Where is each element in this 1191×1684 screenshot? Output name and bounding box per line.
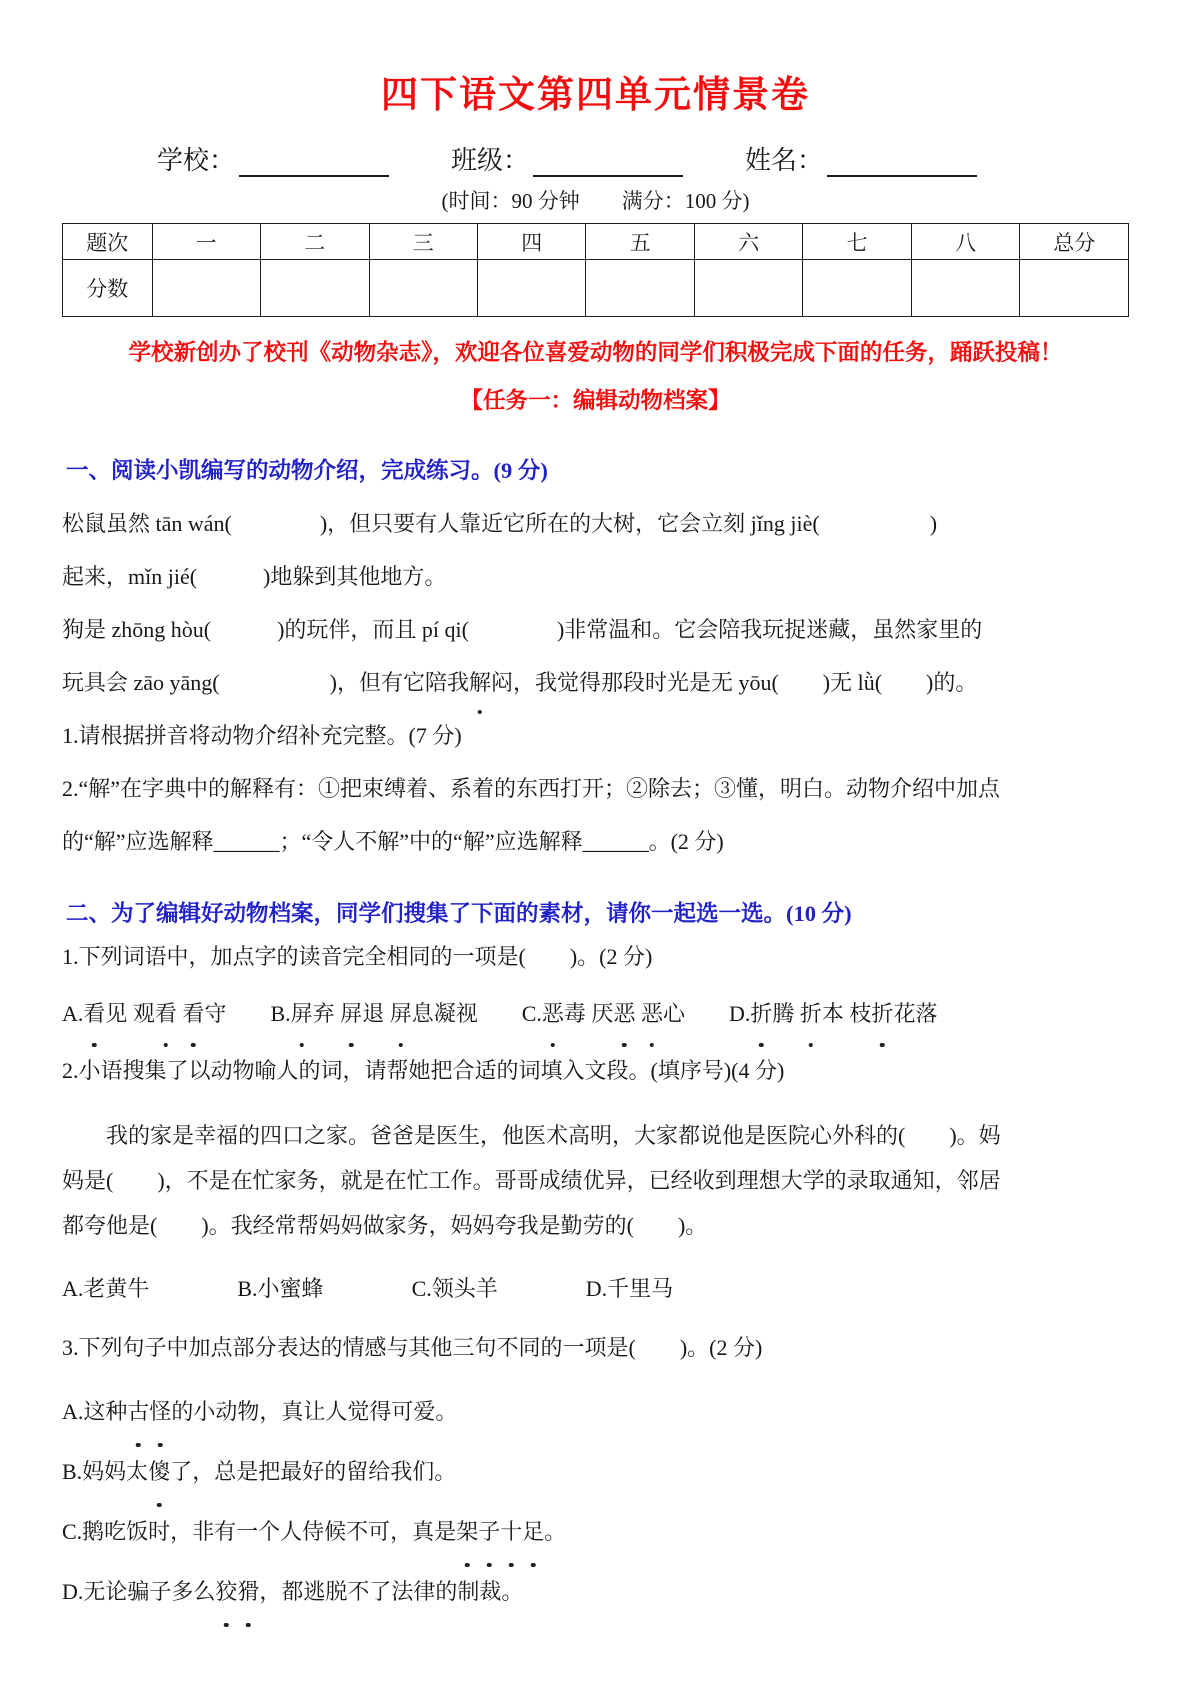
score-header-cell: 四 bbox=[477, 224, 585, 260]
score-empty-cell bbox=[911, 260, 1019, 317]
section2-question2: 2.小语搜集了以动物喻人的词，请帮她把合适的词填入文段。(填序号)(4 分) bbox=[62, 1042, 1129, 1099]
score-empty-cell bbox=[261, 260, 369, 317]
section2-heading: 二、为了编辑好动物档案，同学们搜集了下面的素材，请你一起选一选。(10 分) bbox=[66, 896, 1129, 928]
score-empty-cell bbox=[803, 260, 911, 317]
score-empty-cell bbox=[694, 260, 802, 317]
class-blank-line bbox=[533, 145, 683, 177]
section2-question3-options: A.这种古怪的小动物，真让人觉得可爱。B.妈妈太傻了，总是把最好的留给我们。C.… bbox=[62, 1382, 1129, 1622]
section2-question1: 1.下列词语中，加点字的读音完全相同的一项是( )。(2 分) bbox=[62, 928, 1129, 985]
score-header-cell: 三 bbox=[369, 224, 477, 260]
score-table-header-row: 题次 一 二 三 四 五 六 七 八 总分 bbox=[63, 224, 1129, 260]
score-header-cell: 一 bbox=[152, 224, 260, 260]
score-header-cell: 六 bbox=[694, 224, 802, 260]
name-blank-line bbox=[827, 145, 977, 177]
score-header-cell: 五 bbox=[586, 224, 694, 260]
score-row-label-cell: 分数 bbox=[63, 260, 153, 317]
section2-question3: 3.下列句子中加点部分表达的情感与其他三句不同的一项是( )。(2 分) bbox=[62, 1318, 1129, 1378]
name-field: 姓名： bbox=[745, 140, 977, 177]
score-header-cell: 七 bbox=[803, 224, 911, 260]
class-field: 班级： bbox=[451, 140, 683, 177]
school-blank-line bbox=[239, 145, 389, 177]
name-label: 姓名： bbox=[745, 140, 823, 177]
score-header-cell: 题次 bbox=[63, 224, 153, 260]
page-title: 四下语文第四单元情景卷 bbox=[62, 64, 1129, 118]
score-header-cell: 二 bbox=[261, 224, 369, 260]
score-table: 题次 一 二 三 四 五 六 七 八 总分 分数 bbox=[62, 223, 1129, 317]
student-info-row: 学校： 班级： 姓名： bbox=[157, 140, 1129, 177]
score-empty-cell bbox=[586, 260, 694, 317]
time-score-line: (时间：90 分钟 满分：100 分) bbox=[62, 185, 1129, 215]
score-header-cell: 总分 bbox=[1020, 224, 1129, 260]
score-table-value-row: 分数 bbox=[63, 260, 1129, 317]
section2-question1-options: A.看见 观看 看守 B.屏弃 屏退 屏息凝视 C.恶毒 厌恶 恶心 D.折腾 … bbox=[62, 985, 1129, 1042]
score-empty-cell bbox=[369, 260, 477, 317]
school-label: 学校： bbox=[157, 140, 235, 177]
class-label: 班级： bbox=[451, 140, 529, 177]
task1-title: 【任务一：编辑动物档案】 bbox=[62, 383, 1129, 415]
section1-heading: 一、阅读小凯编写的动物介绍，完成练习。(9 分) bbox=[66, 453, 1129, 485]
school-field: 学校： bbox=[157, 140, 389, 177]
score-header-cell: 八 bbox=[911, 224, 1019, 260]
score-empty-cell bbox=[477, 260, 585, 317]
magazine-notice: 学校新创办了校刊《动物杂志》，欢迎各位喜爱动物的同学们积极完成下面的任务，踊跃投… bbox=[62, 335, 1129, 367]
section1-passage: 松鼠虽然 tān wán( )，但只要有人靠近它所在的大树，它会立刻 jǐng … bbox=[62, 497, 1129, 709]
score-empty-cell bbox=[1020, 260, 1129, 317]
section2-question2-passage: 我的家是幸福的四口之家。爸爸是医生，他医术高明，大家都说他是医院心外科的( )。… bbox=[62, 1113, 1129, 1248]
section2-question2-options: A.老黄牛 B.小蜜蜂 C.领头羊 D.千里马 bbox=[62, 1264, 1129, 1314]
section1-question2: 2.“解”在字典中的解释有：①把束缚着、系着的东西打开；②除去；③懂，明白。动物… bbox=[62, 762, 1129, 868]
exam-paper-page: 四下语文第四单元情景卷 学校： 班级： 姓名： (时间：90 分钟 满分：100… bbox=[0, 0, 1191, 1684]
score-empty-cell bbox=[152, 260, 260, 317]
section1-question1: 1.请根据拼音将动物介绍补充完整。(7 分) bbox=[62, 709, 1129, 762]
